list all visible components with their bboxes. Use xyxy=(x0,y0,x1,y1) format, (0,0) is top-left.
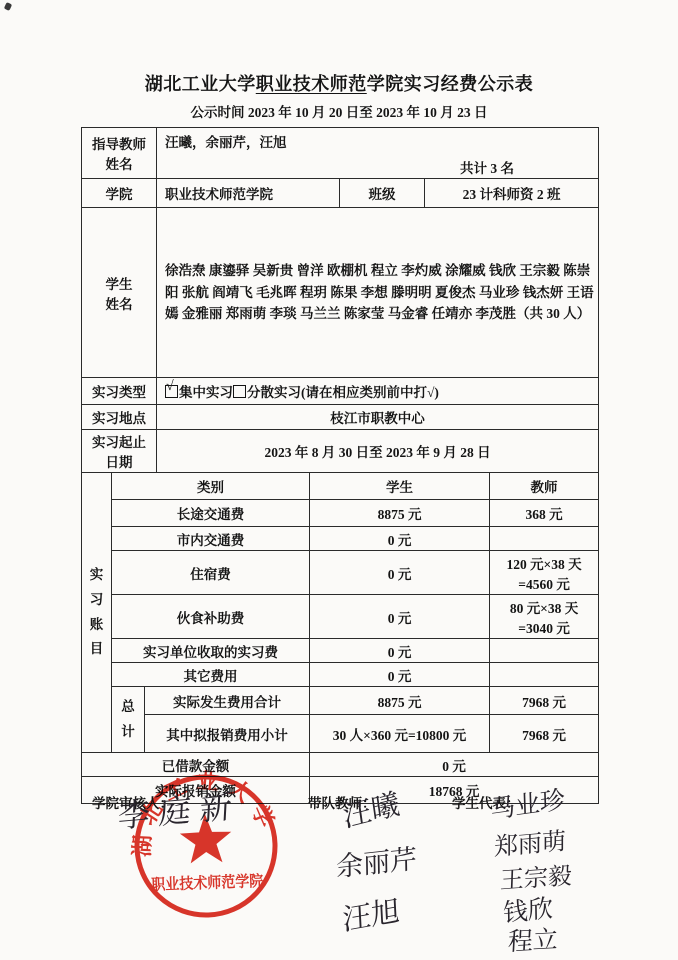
header-teacher: 教师 xyxy=(490,473,599,500)
header-category: 类别 xyxy=(112,473,310,500)
teacher-cell xyxy=(490,663,599,687)
row-long-transport: 长途交通费 8875 元 368 元 xyxy=(82,500,599,527)
student-cell: 30 人×360 元=10800 元 xyxy=(310,715,490,753)
student-cell: 0 元 xyxy=(310,595,490,639)
row-total-reimburse: 其中拟报销费用小计 30 人×360 元=10800 元 7968 元 xyxy=(82,715,599,753)
checkbox-empty-icon xyxy=(233,385,246,398)
dates-value: 2023 年 8 月 30 日至 2023 年 9 月 28 日 xyxy=(157,430,599,473)
type-option-2: 分散实习 xyxy=(247,385,301,400)
type-note: (请在相应类别前中打√) xyxy=(301,385,439,400)
student-cell: 0 元 xyxy=(310,663,490,687)
student-cell: 0 元 xyxy=(310,639,490,663)
student-cell: 8875 元 xyxy=(310,500,490,527)
students-label: 学生姓名 xyxy=(82,208,157,378)
row-unit-fee: 实习单位收取的实习费 0 元 xyxy=(82,639,599,663)
category-cell: 住宿费 xyxy=(112,551,310,595)
page-title: 湖北工业大学职业技术师范学院实习经费公示表 xyxy=(0,70,678,96)
row-total-actual: 总计 实际发生费用合计 8875 元 7968 元 xyxy=(82,687,599,715)
teacher-cell xyxy=(490,639,599,663)
instructors-label: 指导教师姓名 xyxy=(82,128,157,179)
checkbox-checked-icon: √ xyxy=(165,385,178,398)
row-accounts-header: 实习账目 类别 学生 教师 xyxy=(82,473,599,500)
row-meals: 伙食补助费 0 元 80 元×38 天=3040 元 xyxy=(82,595,599,639)
accounts-side-label: 实习账目 xyxy=(82,473,112,753)
teacher-cell: 7968 元 xyxy=(490,687,599,715)
title-prefix: 湖北工业大学 xyxy=(145,74,256,94)
lead-teacher-signature-3: 汪旭 xyxy=(341,888,400,939)
teacher-cell: 368 元 xyxy=(490,500,599,527)
expense-form-table: 指导教师姓名 汪曦，余丽芹，汪旭 共计 3 名 学院 职业技术师范学院 班级 2… xyxy=(81,127,599,804)
stamp-inner-text: 职业技术师范学院 xyxy=(151,871,264,894)
location-value: 枝江市职教中心 xyxy=(157,405,599,430)
location-label: 实习地点 xyxy=(82,405,157,430)
student-cell: 0 元 xyxy=(310,551,490,595)
instructors-value: 汪曦，余丽芹，汪旭 共计 3 名 xyxy=(157,128,599,179)
category-cell: 其中拟报销费用小计 xyxy=(145,715,310,753)
category-cell: 伙食补助费 xyxy=(112,595,310,639)
publicity-period: 公示时间 2023 年 10 月 20 日至 2023 年 10 月 23 日 xyxy=(0,101,678,121)
class-value: 23 计科师资 2 班 xyxy=(425,179,599,208)
title-suffix: 学院实习经费公示表 xyxy=(367,74,534,94)
type-value: √集中实习分散实习(请在相应类别前中打√) xyxy=(157,378,599,405)
student-cell: 0 元 xyxy=(310,527,490,551)
scanned-form-page: 湖北工业大学职业技术师范学院实习经费公示表 公示时间 2023 年 10 月 2… xyxy=(0,0,678,960)
instructors-total-count: 共计 3 名 xyxy=(460,157,595,177)
teacher-cell: 80 元×38 天=3040 元 xyxy=(490,595,599,639)
borrowed-value: 0 元 xyxy=(310,753,599,777)
teacher-cell: 7968 元 xyxy=(490,715,599,753)
category-cell: 长途交通费 xyxy=(112,500,310,527)
title-underlined-part: 职业技术师范 xyxy=(256,74,367,94)
type-option-1: 集中实习 xyxy=(179,385,233,400)
teacher-cell: 120 元×38 天=4560 元 xyxy=(490,551,599,595)
lead-teacher-signature-2: 余丽芹 xyxy=(336,837,417,885)
category-cell: 实习单位收取的实习费 xyxy=(112,639,310,663)
row-lodging: 住宿费 0 元 120 元×38 天=4560 元 xyxy=(82,551,599,595)
class-label: 班级 xyxy=(340,179,425,208)
row-other-fee: 其它费用 0 元 xyxy=(82,663,599,687)
college-value: 职业技术师范学院 xyxy=(157,179,340,208)
students-value: 徐浩焘 康鎏驿 吴新贵 曾洋 欧棚机 程立 李灼威 涂耀威 钱欣 王宗毅 陈崇阳… xyxy=(157,208,599,378)
dates-label: 实习起止日期 xyxy=(82,430,157,473)
total-side-label: 总计 xyxy=(112,687,145,753)
type-label: 实习类型 xyxy=(82,378,157,405)
row-college-class: 学院 职业技术师范学院 班级 23 计科师资 2 班 xyxy=(82,179,599,208)
student-cell: 8875 元 xyxy=(310,687,490,715)
row-city-transport: 市内交通费 0 元 xyxy=(82,527,599,551)
college-label: 学院 xyxy=(82,179,157,208)
teacher-cell xyxy=(490,527,599,551)
row-dates: 实习起止日期 2023 年 8 月 30 日至 2023 年 9 月 28 日 xyxy=(82,430,599,473)
category-cell: 市内交通费 xyxy=(112,527,310,551)
header-student: 学生 xyxy=(310,473,490,500)
category-cell: 实际发生费用合计 xyxy=(145,687,310,715)
row-instructors: 指导教师姓名 汪曦，余丽芹，汪旭 共计 3 名 xyxy=(82,128,599,179)
student-rep-signature-5: 程立 xyxy=(507,920,559,959)
row-type: 实习类型 √集中实习分散实习(请在相应类别前中打√) xyxy=(82,378,599,405)
category-cell: 其它费用 xyxy=(112,663,310,687)
row-students: 学生姓名 徐浩焘 康鎏驿 吴新贵 曾洋 欧棚机 程立 李灼威 涂耀威 钱欣 王宗… xyxy=(82,208,599,378)
scan-artifact xyxy=(4,2,12,11)
row-location: 实习地点 枝江市职教中心 xyxy=(82,405,599,430)
